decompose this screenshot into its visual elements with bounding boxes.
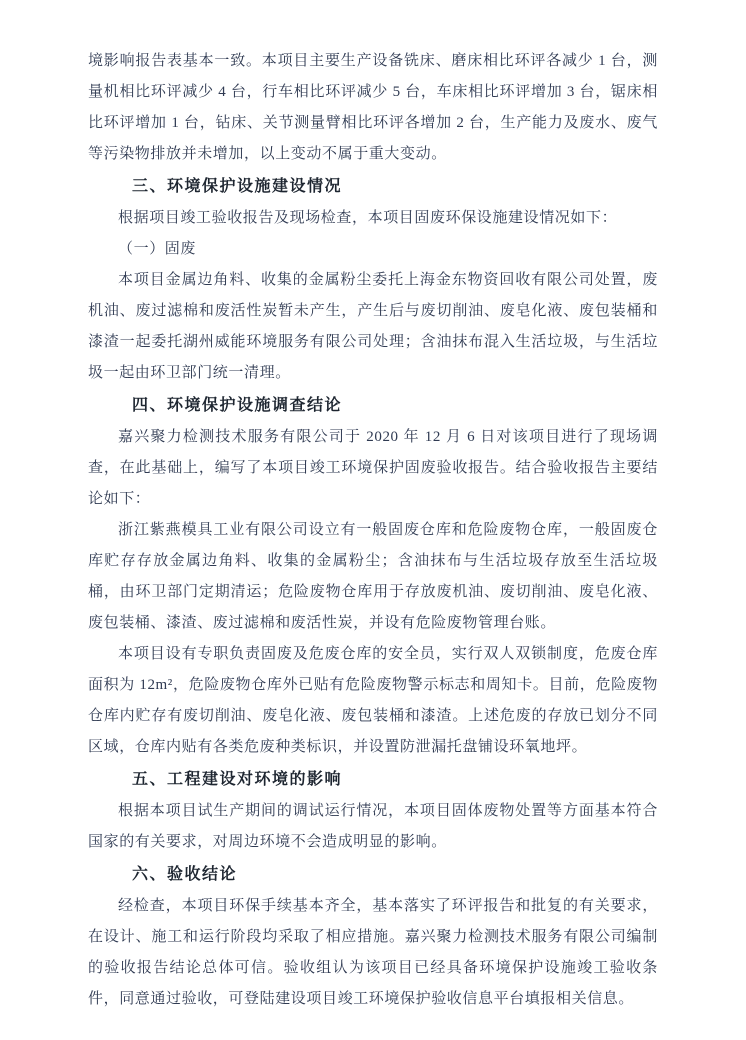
paragraph: 根据项目竣工验收报告及现场检查，本项目固废环保设施建设情况如下：: [88, 203, 658, 234]
continuation-paragraph: 境影响报告表基本一致。本项目主要生产设备铣床、磨床相比环评各减少 1 台，测量机…: [88, 46, 658, 170]
subsection-label-solid-waste: （一）固废: [88, 234, 658, 265]
paragraph: 嘉兴聚力检测技术服务有限公司于 2020 年 12 月 6 日对该项目进行了现场…: [88, 422, 658, 515]
paragraph: 经检查，本项目环保手续基本齐全，基本落实了环评报告和批复的有关要求，在设计、施工…: [88, 891, 658, 1015]
section-heading-6: 六、验收结论: [88, 859, 658, 890]
section-heading-4: 四、环境保护设施调查结论: [88, 390, 658, 421]
document-page: 境影响报告表基本一致。本项目主要生产设备铣床、磨床相比环评各减少 1 台，测量机…: [0, 0, 746, 1040]
paragraph: 根据本项目试生产期间的调试运行情况，本项目固体废物处置等方面基本符合国家的有关要…: [88, 796, 658, 858]
paragraph: 本项目金属边角料、收集的金属粉尘委托上海金东物资回收有限公司处置，废机油、废过滤…: [88, 265, 658, 389]
section-heading-3: 三、环境保护设施建设情况: [88, 171, 658, 202]
paragraph: 本项目设有专职负责固废及危废仓库的安全员，实行双人双锁制度，危废仓库面积为 12…: [88, 639, 658, 763]
paragraph: 浙江紫燕模具工业有限公司设立有一般固废仓库和危险废物仓库，一般固废仓库贮存存放金…: [88, 515, 658, 639]
section-heading-5: 五、工程建设对环境的影响: [88, 764, 658, 795]
